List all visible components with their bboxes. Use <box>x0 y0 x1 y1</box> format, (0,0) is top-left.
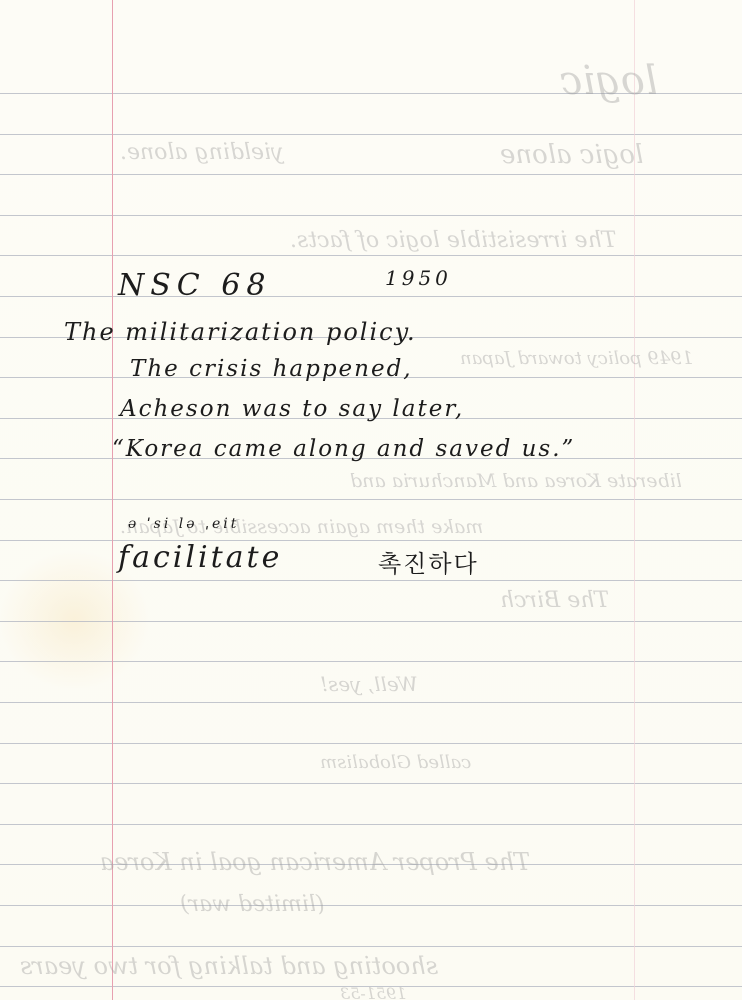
bleed-through-text: logic <box>560 58 658 104</box>
notebook-page: logic logic alone yielding alone. The ir… <box>0 0 742 1000</box>
note-line: The militarization policy. <box>64 318 417 346</box>
vocab-translation: 촉진하다 <box>378 544 479 579</box>
margin-line <box>112 0 113 1000</box>
bleed-through-text: liberate Korea and Manchuria and <box>350 470 682 492</box>
note-line: The crisis happened, <box>130 356 413 382</box>
bleed-through-text: The Birch <box>500 588 609 613</box>
pronunciation-guide: ə ˈsi lə ˌeit <box>128 516 239 532</box>
bleed-through-text: called Globalism <box>320 752 471 773</box>
bleed-through-text: The Proper American goal in Korea <box>100 848 530 876</box>
bleed-through-text: logic alone <box>500 140 643 170</box>
note-heading: NSC 68 <box>118 268 271 303</box>
bleed-through-margin-line <box>634 0 635 1000</box>
bleed-through-text: Well, yes! <box>320 672 418 696</box>
bleed-through-text: 1949 policy toward Japan <box>460 348 693 369</box>
vocab-word: facilitate <box>118 540 282 575</box>
note-line: Acheson was to say later, <box>120 396 464 422</box>
bleed-through-text: yielding alone. <box>120 140 283 165</box>
note-quote: “Korea came along and saved us.” <box>112 436 575 462</box>
bleed-through-text: shooting and talking for two years <box>20 952 438 980</box>
bleed-through-text: The irresistible logic of facts. <box>290 228 616 253</box>
note-year: 1950 <box>385 266 452 290</box>
